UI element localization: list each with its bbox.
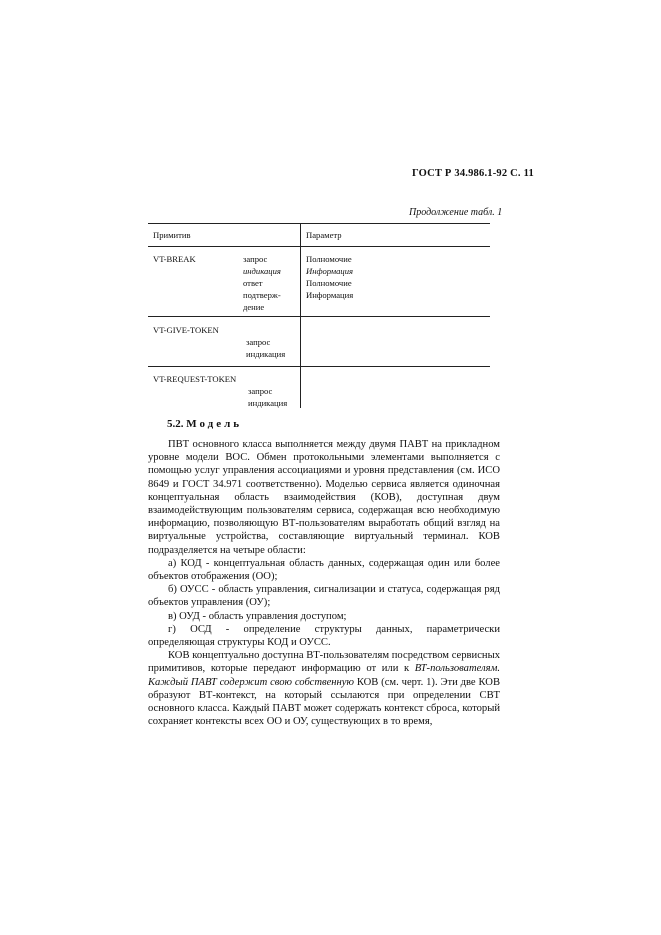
row-divider (148, 316, 490, 317)
primitive-subtype: индикация (248, 397, 287, 409)
header-parameter: Параметр (306, 229, 342, 241)
primitive-subtype: индикация (246, 348, 285, 360)
section-title: Модель (186, 418, 242, 430)
list-item: б) ОУСС - область управления, сигнализац… (148, 583, 500, 609)
parameter-value: Полномочие (306, 253, 352, 265)
primitive-name: VT-GIVE-TOKEN (153, 324, 219, 336)
primitive-name: VT-BREAK (153, 253, 196, 265)
table-caption: Продолжение табл. 1 (409, 207, 502, 218)
header-primitive: Примитив (153, 229, 191, 241)
list-item: г) ОСД - определение структуры данных, п… (148, 623, 500, 649)
table-header-border (148, 246, 490, 247)
list-item: а) КОД - концептуальная область данных, … (148, 557, 500, 583)
paragraph: ПВТ основного класса выполняется между д… (148, 438, 500, 557)
primitives-table: Примитив Параметр VT-BREAK запрос индика… (148, 223, 490, 408)
primitive-subtype: запрос (248, 385, 272, 397)
primitive-subtype: запрос (243, 253, 267, 265)
primitive-subtype: ответ (243, 277, 263, 289)
primitive-subtype: подтверж- (243, 289, 281, 301)
table-top-border (148, 223, 490, 224)
parameter-value: Информация (306, 289, 353, 301)
body-text: ПВТ основного класса выполняется между д… (148, 438, 500, 728)
column-divider (300, 223, 301, 408)
primitive-subtype: индикация (243, 265, 281, 277)
section-heading: 5.2. Модель (167, 418, 242, 430)
primitive-subtype: запрос (246, 336, 270, 348)
page-header: ГОСТ Р 34.986.1-92 С. 11 (412, 168, 534, 179)
primitive-subtype: дение (243, 301, 264, 313)
row-divider (148, 366, 490, 367)
parameter-value: Информация (306, 265, 353, 277)
parameter-value: Полномочие (306, 277, 352, 289)
section-number: 5.2. (167, 418, 184, 430)
primitive-name: VT-REQUEST-TOKEN (153, 373, 236, 385)
list-item: в) ОУД - область управления доступом; (148, 610, 500, 623)
paragraph: КОВ концептуально доступна ВТ-пользовате… (148, 649, 500, 728)
